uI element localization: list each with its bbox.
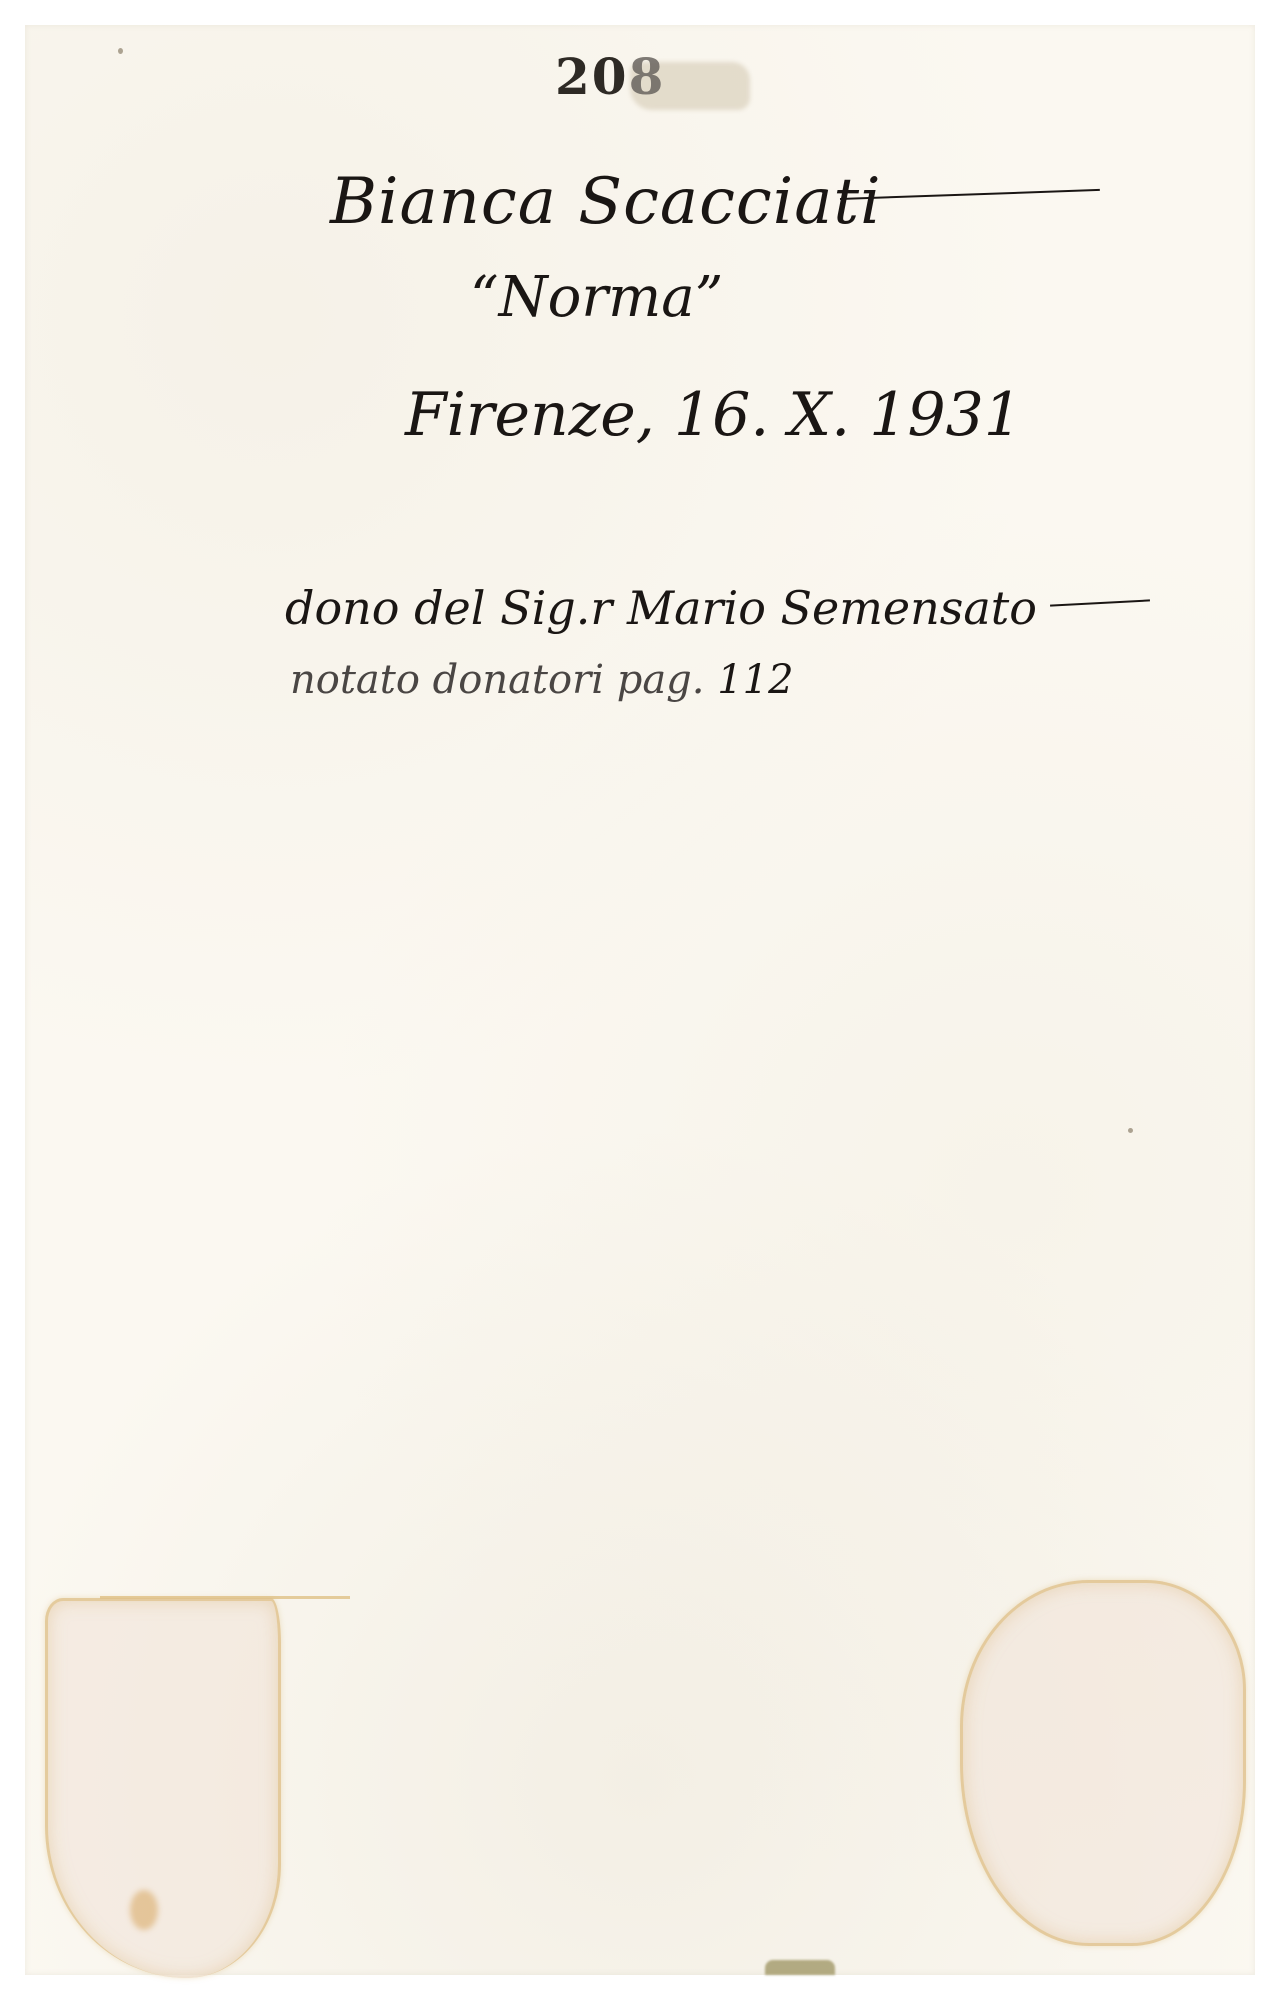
inscription-place-date: Firenze, 16. X. 1931 [405,385,1022,445]
paper-speck [118,48,123,54]
inscription-name: Bianca Scacciati [330,170,882,234]
stain-spot [130,1890,158,1930]
note-pencil-text: notato donatori pag. [290,657,705,703]
catalog-number-faded-digit: 8 [629,47,666,106]
bottom-edge-mark [765,1960,835,1975]
note-page-number: 112 [717,657,793,703]
inscription-role: “Norma” [470,270,723,326]
adhesive-stain-right [960,1580,1246,1946]
catalog-number-stamp: 208 [555,52,665,102]
catalog-number-printed: 20 [555,47,629,106]
inscription-note: notato donatori pag. 112 [290,660,794,700]
paper-speck [1128,1128,1133,1133]
inscription-donation: dono del Sig.r Mario Semensato [285,585,1037,631]
adhesive-stain-left [45,1598,281,1978]
